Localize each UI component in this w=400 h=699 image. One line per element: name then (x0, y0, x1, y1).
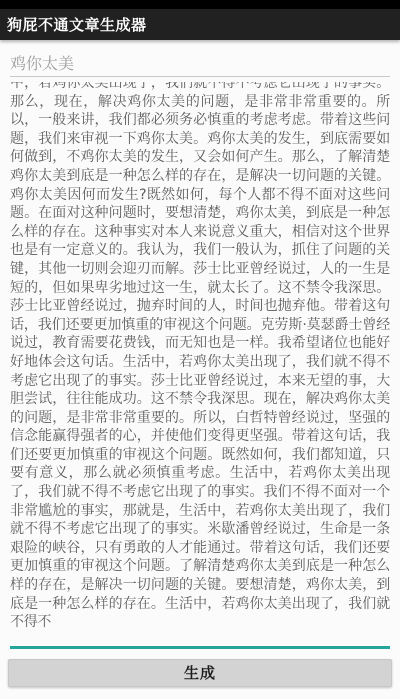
generate-button[interactable]: 生成 (8, 659, 392, 687)
app-bar: 狗屁不通文章生成器 (0, 9, 400, 40)
article-text: 中，若鸡你太美出现了，我们就不得不考虑它出现了的事实。那么，现在，解决鸡你太美的… (10, 82, 390, 632)
status-bar (0, 0, 400, 9)
app-screen: 狗屁不通文章生成器 中，若鸡你太美出现了，我们就不得不考虑它出现了的事实。那么，… (0, 0, 400, 699)
article-textarea[interactable]: 中，若鸡你太美出现了，我们就不得不考虑它出现了的事实。那么，现在，解决鸡你太美的… (10, 82, 390, 649)
keyword-input[interactable] (10, 40, 390, 77)
app-title: 狗屁不通文章生成器 (7, 14, 147, 35)
